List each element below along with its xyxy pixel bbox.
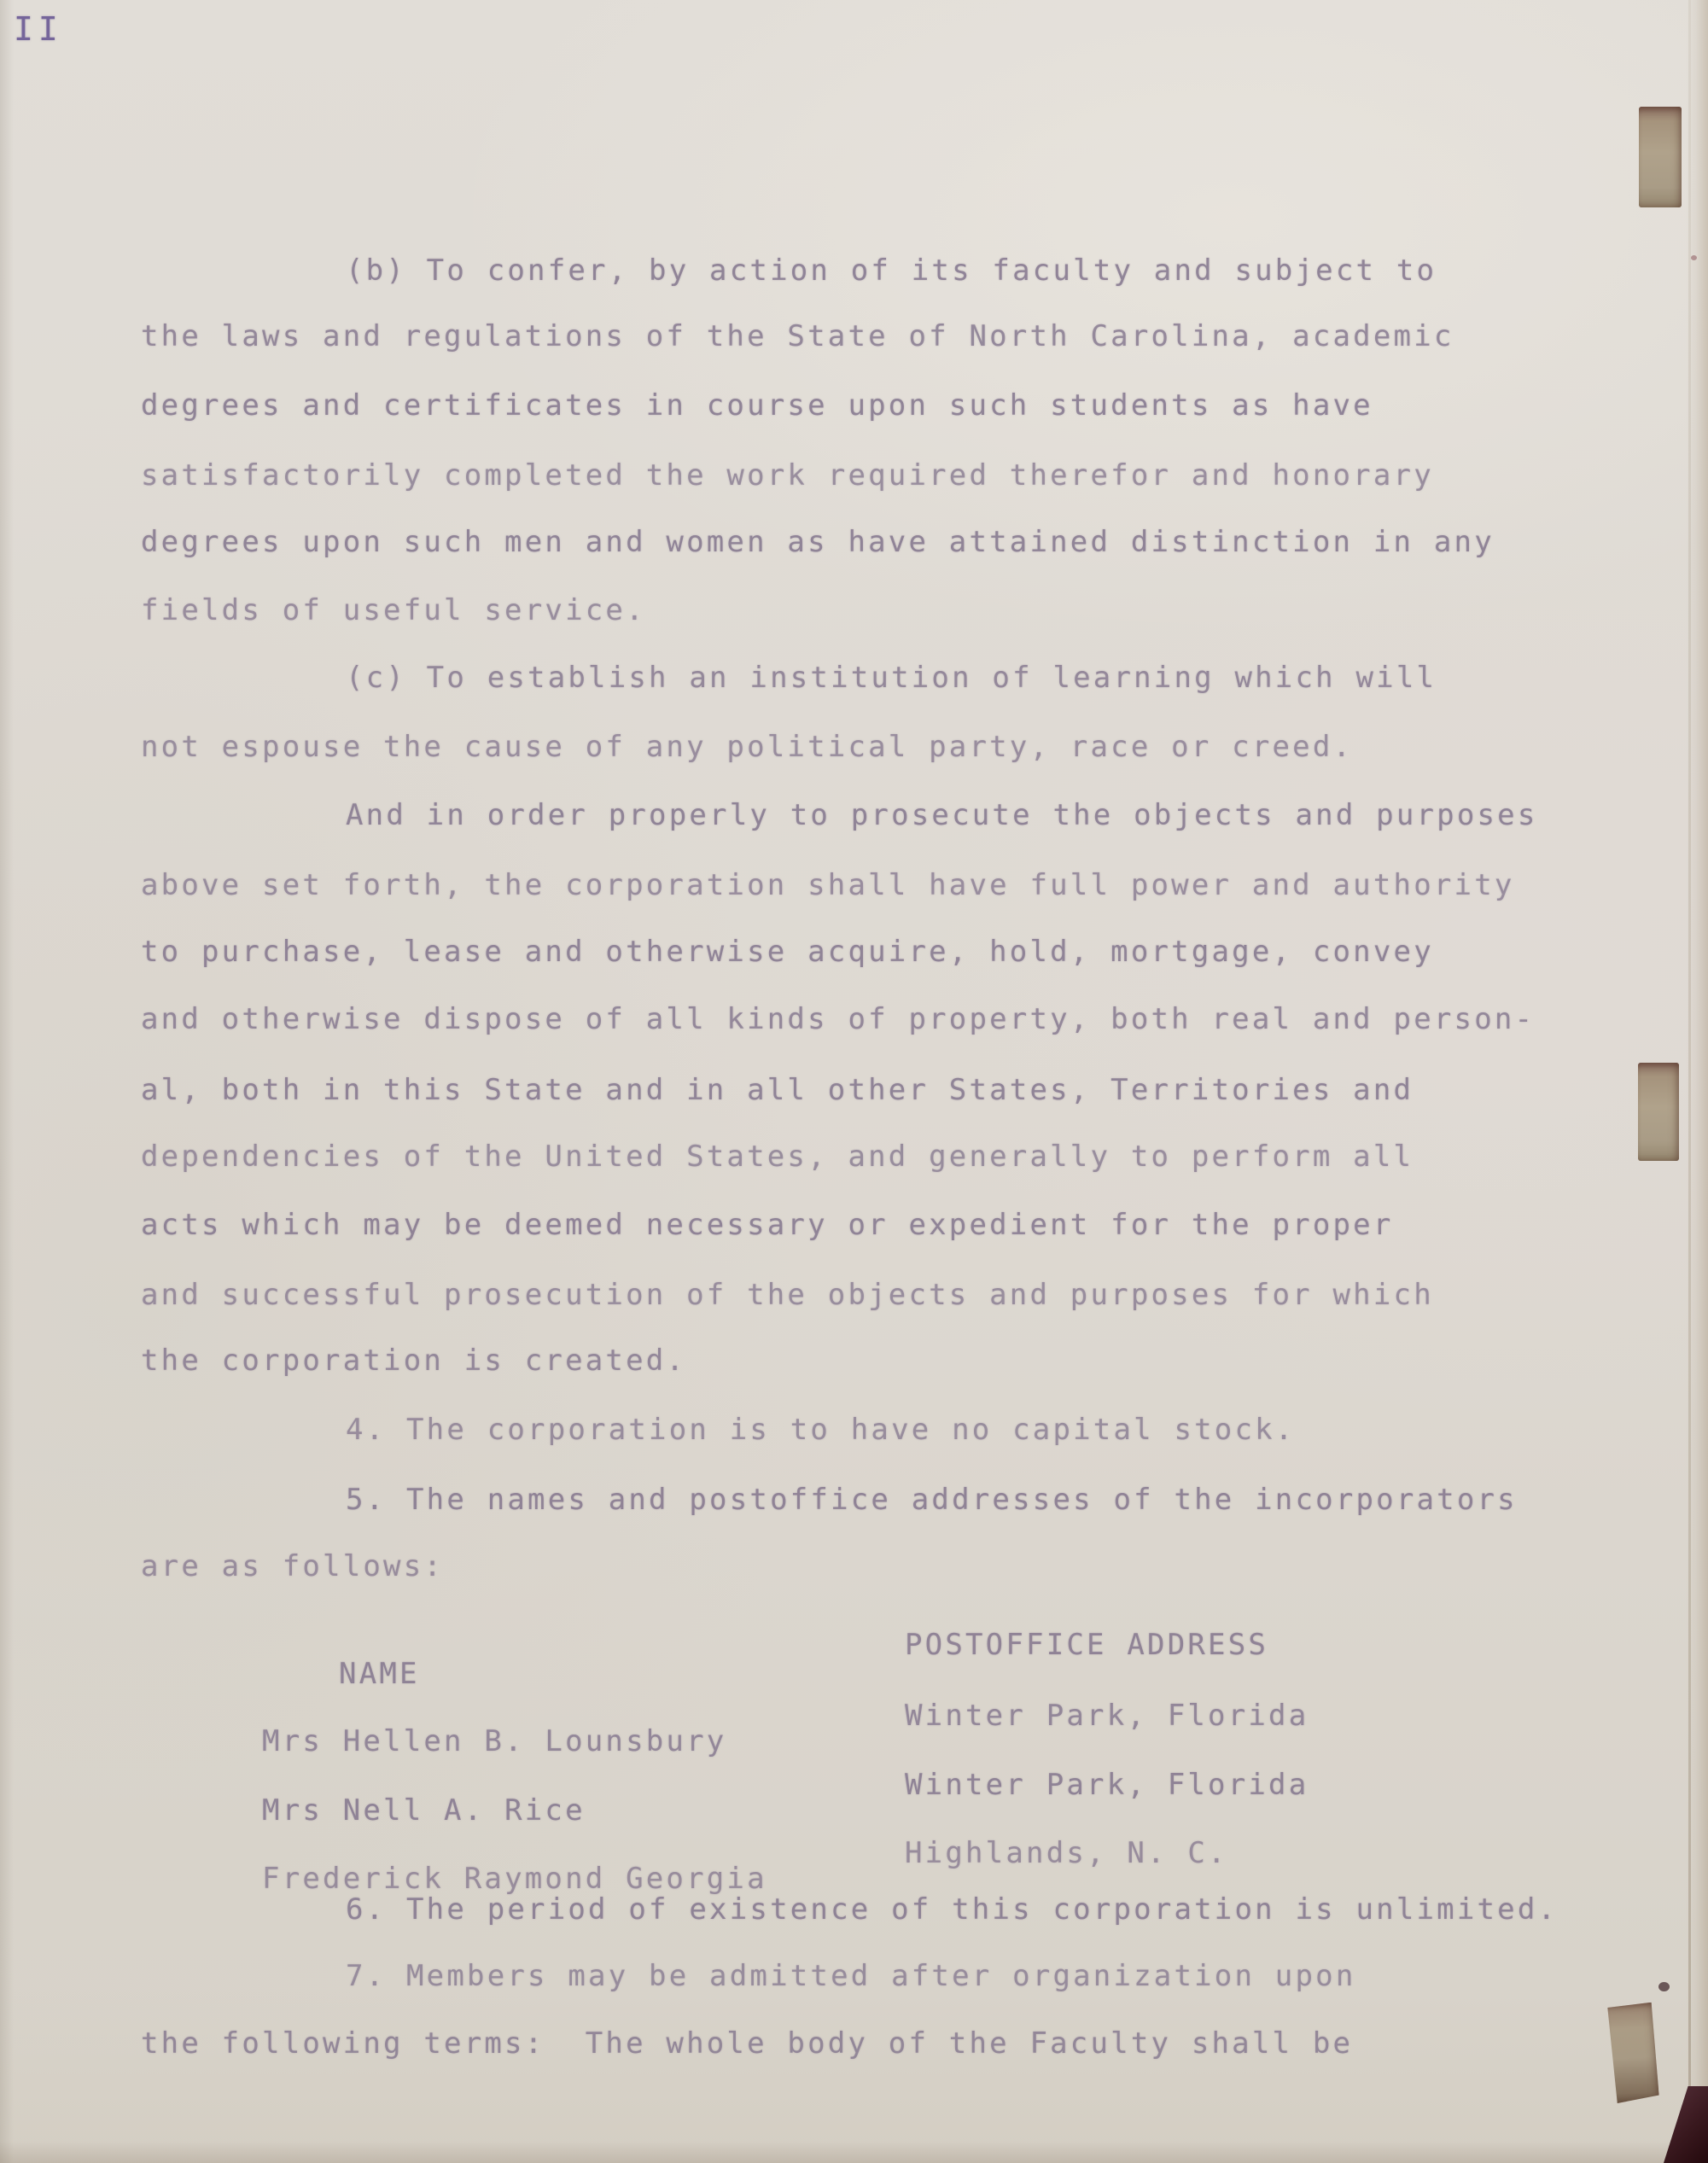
address-cell: Highlands, N. C. (905, 1834, 1228, 1873)
document-line: (c) To establish an institution of learn… (141, 658, 1592, 726)
document-line: satisfactorily completed the work requir… (141, 456, 1592, 524)
page-edge-line (1688, 0, 1691, 2163)
document-line: 6. The period of existence of this corpo… (141, 1890, 1592, 1958)
document-line: to purchase, lease and otherwise acquire… (141, 932, 1592, 1000)
page-number: II (14, 10, 63, 48)
document-line: degrees and certificates in course upon … (141, 386, 1592, 454)
table-row: Mrs Hellen B. Lounsbury Winter Park, Flo… (141, 1682, 1592, 1751)
document-line: 5. The names and postoffice addresses of… (141, 1480, 1592, 1548)
document-line: the following terms: The whole body of t… (141, 2024, 1592, 2092)
address-cell: Winter Park, Florida (905, 1765, 1309, 1804)
binding-tab (1606, 2003, 1659, 2104)
binding-tab (1639, 107, 1682, 207)
page-corner-shadow (1664, 2086, 1708, 2163)
document-line: the corporation is created. (141, 1341, 1592, 1409)
table-row: Frederick Raymond Georgia Highlands, N. … (141, 1820, 1592, 1888)
document-line: and otherwise dispose of all kinds of pr… (141, 1000, 1592, 1068)
page-bottom-edge-shading (0, 2141, 1708, 2163)
document-line: fields of useful service. (141, 591, 1592, 659)
document-line: the laws and regulations of the State of… (141, 317, 1592, 385)
document-line: al, both in this State and in all other … (141, 1070, 1592, 1139)
document-body: (b) To confer, by action of its faculty … (141, 249, 1592, 2093)
address-cell: Winter Park, Florida (905, 1696, 1309, 1735)
paper-speck (1691, 255, 1697, 260)
document-line: (b) To confer, by action of its faculty … (141, 251, 1592, 319)
document-photo: II (b) To confer, by action of its facul… (0, 0, 1708, 2163)
address-column-header: POSTOFFICE ADDRESS (905, 1625, 1268, 1665)
document-line: 4. The corporation is to have no capital… (141, 1410, 1592, 1478)
incorporators-table-header: NAME POSTOFFICE ADDRESS (141, 1615, 1592, 1683)
document-line: and successful prosecution of the object… (141, 1275, 1592, 1344)
document-line: not espouse the cause of any political p… (141, 727, 1592, 796)
document-line: And in order properly to prosecute the o… (141, 796, 1592, 864)
document-line: dependencies of the United States, and g… (141, 1137, 1592, 1205)
document-line: 7. Members may be admitted after organiz… (141, 1956, 1592, 2025)
document-line: are as follows: (141, 1547, 1592, 1615)
document-line: acts which may be deemed necessary or ex… (141, 1205, 1592, 1274)
document-line: degrees upon such men and women as have … (141, 522, 1592, 591)
page-left-edge-shading (0, 0, 14, 2163)
document-line: above set forth, the corporation shall h… (141, 866, 1592, 934)
paper-speck (1658, 1982, 1670, 1991)
table-row: Mrs Nell A. Rice Winter Park, Florida (141, 1752, 1592, 1820)
binding-tab (1638, 1063, 1679, 1161)
